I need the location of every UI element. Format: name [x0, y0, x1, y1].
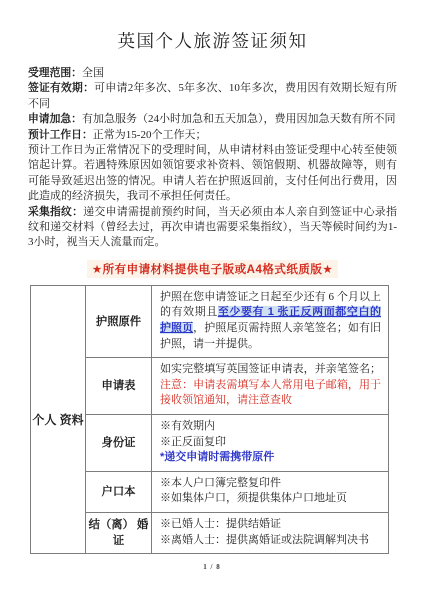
- fingerprint-text: 递交申请需提前预约时间，当天必须由本人亲自到签证中心录指纹和递交材料（曾经去过，…: [28, 206, 397, 249]
- page-title: 英国个人旅游签证须知: [28, 28, 397, 53]
- table-row: 个人 资料 护照原件 护照在您申请签证之日起至少还有 6 个月以上的有效期且至少…: [31, 285, 389, 357]
- info-label-expedite: 申请加急：: [28, 113, 82, 125]
- page-number: 1 / 8: [0, 563, 424, 571]
- application-form-text: 如实完整填写英国签证申请表，并亲笔签名；: [160, 363, 381, 375]
- info-value-expedite: 有加急服务（24小时加急和五天加急），费用因加急天数有所不同: [82, 113, 396, 125]
- fingerprint-label: 采集指纹：: [28, 206, 83, 218]
- application-form-red-note: 注意：申请表需填写本人常用电子邮箱，用于接收领馆通知，请注意查收: [160, 379, 381, 407]
- row-content-household-register: ※本人户口簿完整复印件 ※如集体户口，须提供集体户口地址页: [152, 471, 389, 512]
- passport-text-post: ，护照尾页需持照人亲笔签名；如有旧护照，请一并提供。: [160, 322, 381, 350]
- fingerprint-paragraph: 采集指纹：递交申请需提前预约时间，当天必须由本人亲自到签证中心录指纹和递交材料（…: [28, 205, 397, 251]
- id-card-blue-note: *递交申请时需携带原件: [160, 450, 381, 466]
- household-line2: ※如集体户口，须提供集体户口地址页: [160, 491, 381, 507]
- document-page: 英国个人旅游签证须知 受理范围：全国 签证有效期：可申请2年多次、5年多次、10…: [0, 0, 424, 600]
- marriage-line1: ※已婚人士：提供结婚证: [160, 517, 381, 533]
- info-label-scope: 受理范围：: [28, 67, 82, 79]
- info-line-expedite: 申请加急：有加急服务（24小时加急和五天加急），费用因加急天数有所不同: [28, 112, 397, 127]
- requirements-table: 个人 资料 护照原件 护照在您申请签证之日起至少还有 6 个月以上的有效期且至少…: [30, 285, 389, 554]
- materials-banner-row: ★所有申请材料提供电子版或A4格式纸质版★: [28, 260, 397, 278]
- info-line-validity: 签证有效期：可申请2年多次、5年多次、10年多次，费用因有效期长短有所不同: [28, 81, 397, 112]
- id-card-line2: ※正反面复印: [160, 435, 381, 451]
- info-value-workdays: 正常为15-20个工作天；: [93, 129, 207, 141]
- row-label-marriage-certificate: 结（离） 婚证: [86, 513, 152, 554]
- group-label-line2: 资料: [60, 413, 84, 427]
- id-card-line1: ※有效期内: [160, 419, 381, 435]
- info-value-scope: 全国: [82, 67, 104, 79]
- group-cell-personal-data: 个人 资料: [31, 285, 86, 553]
- info-line-workdays: 预计工作日：正常为15-20个工作天；: [28, 128, 397, 143]
- row-content-application-form: 如实完整填写英国签证申请表，并亲笔签名；注意：申请表需填写本人常用电子邮箱，用于…: [152, 358, 389, 415]
- row-label-household-register: 户口本: [86, 471, 152, 512]
- row-content-passport: 护照在您申请签证之日起至少还有 6 个月以上的有效期且至少要有 1 张正反两面都…: [152, 285, 389, 357]
- info-line-scope: 受理范围：全国: [28, 66, 397, 81]
- row-label-id-card: 身份证: [86, 415, 152, 472]
- row-label-application-form: 申请表: [86, 358, 152, 415]
- materials-banner: ★所有申请材料提供电子版或A4格式纸质版★: [87, 260, 338, 278]
- marriage-label-line1: 结（离）: [89, 519, 134, 531]
- workday-note-paragraph: 预计工作日为正常情况下的受理时间，从申请材料由签证受理中心转至使领馆起计算。若遇…: [28, 143, 397, 205]
- marriage-line2: ※离婚人士：提供离婚证或法院调解判决书: [160, 533, 381, 549]
- info-label-validity: 签证有效期：: [28, 82, 94, 94]
- group-label-line1: 个人: [32, 413, 56, 427]
- row-content-id-card: ※有效期内 ※正反面复印 *递交申请时需携带原件: [152, 415, 389, 472]
- household-line1: ※本人户口簿完整复印件: [160, 476, 381, 492]
- row-label-passport: 护照原件: [86, 285, 152, 357]
- row-content-marriage-certificate: ※已婚人士：提供结婚证 ※离婚人士：提供离婚证或法院调解判决书: [152, 513, 389, 554]
- info-label-workdays: 预计工作日：: [28, 129, 93, 141]
